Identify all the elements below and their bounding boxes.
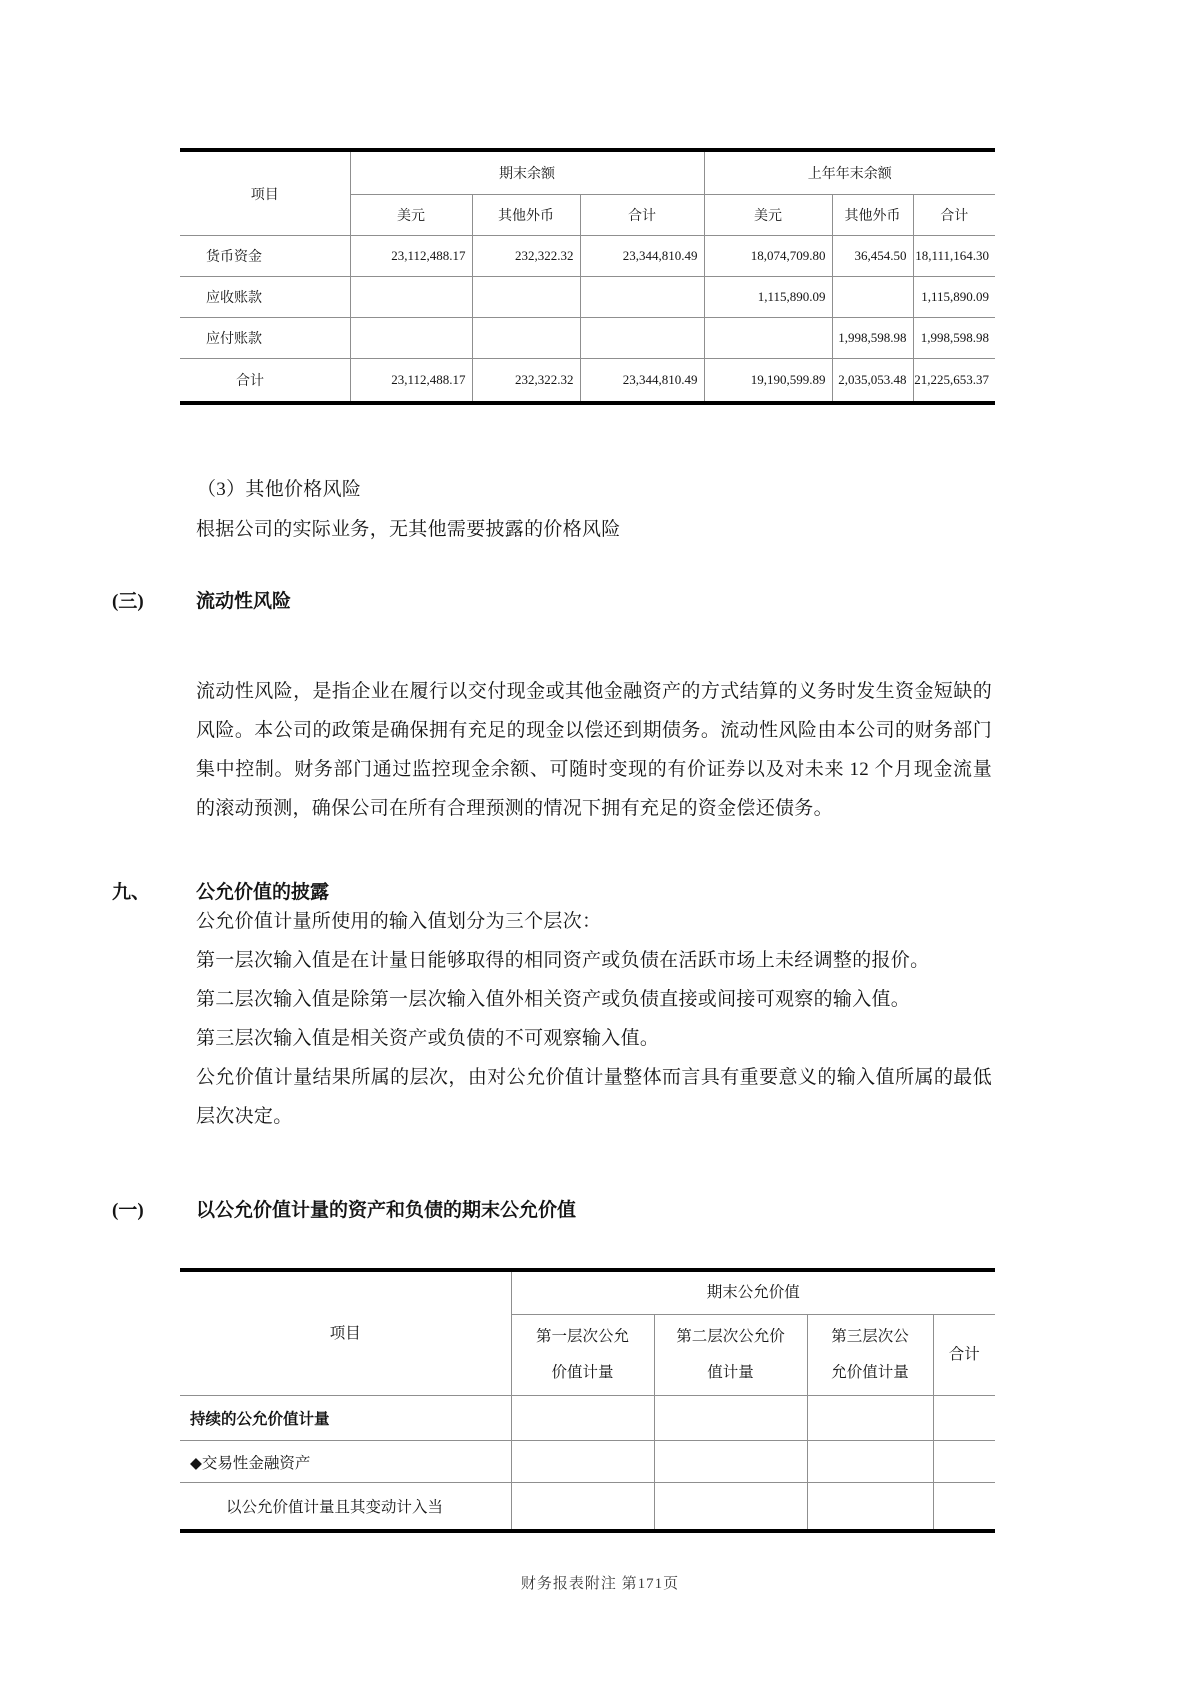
header-line: 值计量 — [655, 1355, 807, 1391]
column-header-usd: 美元 — [704, 195, 832, 236]
row-label-continuous-fv: 持续的公允价值计量 — [180, 1396, 511, 1441]
table-row: 持续的公允价值计量 — [180, 1396, 995, 1441]
table-cell: 1,115,890.09 — [913, 277, 995, 318]
table-cell: 2,035,053.48 — [832, 359, 913, 404]
fair-value-line: 第一层次输入值是在计量日能够取得的相同资产或负债在活跃市场上未经调整的报价。 — [196, 941, 992, 980]
table-cell: 36,454.50 — [832, 236, 913, 277]
row-label-fv-through-pl: 以公允价值计量且其变动计入当 — [180, 1483, 511, 1532]
column-header-item: 项目 — [180, 150, 350, 236]
table-cell — [350, 318, 472, 359]
fair-value-levels-text: 公允价值计量所使用的输入值划分为三个层次： 第一层次输入值是在计量日能够取得的相… — [196, 902, 992, 1136]
row-label: 货币资金 — [180, 236, 350, 277]
column-header-level1: 第一层次公允 价值计量 — [511, 1315, 654, 1396]
fair-value-line: 第三层次输入值是相关资产或负债的不可观察输入值。 — [196, 1019, 992, 1058]
row-label: 应付账款 — [180, 318, 350, 359]
price-risk-text: 根据公司的实际业务，无其他需要披露的价格风险 — [196, 510, 621, 549]
column-header-level2: 第二层次公允价 值计量 — [654, 1315, 807, 1396]
document-page: 项目 期末余额 上年年末余额 美元 其他外币 合计 美元 其他外币 合计 货币资… — [0, 0, 1200, 1696]
column-header-other-currency: 其他外币 — [832, 195, 913, 236]
row-label-trading-financial-assets: ◆交易性金融资产 — [180, 1441, 511, 1483]
header-line: 合计 — [934, 1337, 996, 1373]
table-cell — [933, 1483, 995, 1532]
table-cell — [654, 1441, 807, 1483]
table-cell: 23,112,488.17 — [350, 359, 472, 404]
header-line: 第三层次公 — [808, 1319, 933, 1355]
table-cell — [933, 1441, 995, 1483]
header-line: 第二层次公允价 — [655, 1319, 807, 1355]
table-header-row: 项目 期末公允价值 — [180, 1270, 995, 1315]
header-line: 价值计量 — [512, 1355, 654, 1391]
table-cell — [832, 277, 913, 318]
table-cell — [580, 277, 704, 318]
table-cell — [580, 318, 704, 359]
table-header-row: 项目 期末余额 上年年末余额 — [180, 150, 995, 195]
table-cell: 1,998,598.98 — [832, 318, 913, 359]
column-group-period-end-fair-value: 期末公允价值 — [511, 1270, 995, 1315]
section-title: 公允价值的披露 — [196, 882, 329, 903]
table-cell: 23,344,810.49 — [580, 359, 704, 404]
table-fair-value: 项目 期末公允价值 第一层次公允 价值计量 第二层次公允价 值计量 第三层次公 … — [180, 1268, 995, 1533]
table-cell — [654, 1483, 807, 1532]
table-cell — [933, 1396, 995, 1441]
column-group-prior-year-balance: 上年年末余额 — [704, 150, 995, 195]
table-cell — [807, 1396, 933, 1441]
table-row: 以公允价值计量且其变动计入当 — [180, 1483, 995, 1532]
table-cell: 232,322.32 — [472, 236, 580, 277]
table-cell — [472, 277, 580, 318]
section-title: 以公允价值计量的资产和负债的期末公允价值 — [196, 1200, 576, 1221]
section-liquidity-risk-heading: (三)流动性风险 — [112, 587, 291, 617]
table-row: 应收账款 1,115,890.09 1,115,890.09 — [180, 277, 995, 318]
fair-value-line: 公允价值计量结果所属的层次，由对公允价值计量整体而言具有重要意义的输入值所属的最… — [196, 1058, 992, 1136]
subsection-price-risk-heading: （3）其他价格风险 — [197, 470, 361, 509]
fair-value-line: 公允价值计量所使用的输入值划分为三个层次： — [196, 902, 992, 941]
table-cell: 21,225,653.37 — [913, 359, 995, 404]
table-cell: 232,322.32 — [472, 359, 580, 404]
column-header-total: 合计 — [580, 195, 704, 236]
table-row: 货币资金 23,112,488.17 232,322.32 23,344,810… — [180, 236, 995, 277]
row-label: 应收账款 — [180, 277, 350, 318]
table-cell: 1,115,890.09 — [704, 277, 832, 318]
table-row: 应付账款 1,998,598.98 1,998,598.98 — [180, 318, 995, 359]
table-currency-balances: 项目 期末余额 上年年末余额 美元 其他外币 合计 美元 其他外币 合计 货币资… — [180, 148, 995, 405]
table-cell: 1,998,598.98 — [913, 318, 995, 359]
section-number: 九、 — [112, 878, 196, 908]
header-line: 第一层次公允 — [512, 1319, 654, 1355]
table-cell — [511, 1441, 654, 1483]
column-header-total: 合计 — [933, 1315, 995, 1396]
footer-page-label: 财务报表附注 第171页 — [0, 1572, 1200, 1593]
table-cell: 18,111,164.30 — [913, 236, 995, 277]
column-header-other-currency: 其他外币 — [472, 195, 580, 236]
table-cell — [511, 1483, 654, 1532]
section-number: (三) — [112, 587, 196, 617]
table-total-row: 合计 23,112,488.17 232,322.32 23,344,810.4… — [180, 359, 995, 404]
table-cell: 23,344,810.49 — [580, 236, 704, 277]
table-cell — [472, 318, 580, 359]
section-title: 流动性风险 — [196, 591, 291, 612]
row-label-total: 合计 — [180, 359, 350, 404]
table-cell — [350, 277, 472, 318]
table-cell: 19,190,599.89 — [704, 359, 832, 404]
subsection-fv-assets-heading: (一)以公允价值计量的资产和负债的期末公允价值 — [112, 1196, 576, 1226]
table-cell — [807, 1483, 933, 1532]
section-number: (一) — [112, 1196, 196, 1226]
table-cell: 23,112,488.17 — [350, 236, 472, 277]
fair-value-line: 第二层次输入值是除第一层次输入值外相关资产或负债直接或间接可观察的输入值。 — [196, 980, 992, 1019]
table-cell — [654, 1396, 807, 1441]
column-header-level3: 第三层次公 允价值计量 — [807, 1315, 933, 1396]
table-row: ◆交易性金融资产 — [180, 1441, 995, 1483]
column-header-item: 项目 — [180, 1270, 511, 1396]
table-cell — [807, 1441, 933, 1483]
table-cell — [511, 1396, 654, 1441]
column-group-ending-balance: 期末余额 — [350, 150, 704, 195]
column-header-total: 合计 — [913, 195, 995, 236]
liquidity-risk-paragraph: 流动性风险，是指企业在履行以交付现金或其他金融资产的方式结算的义务时发生资金短缺… — [196, 672, 992, 828]
header-line: 允价值计量 — [808, 1355, 933, 1391]
table-cell: 18,074,709.80 — [704, 236, 832, 277]
column-header-usd: 美元 — [350, 195, 472, 236]
table-cell — [704, 318, 832, 359]
